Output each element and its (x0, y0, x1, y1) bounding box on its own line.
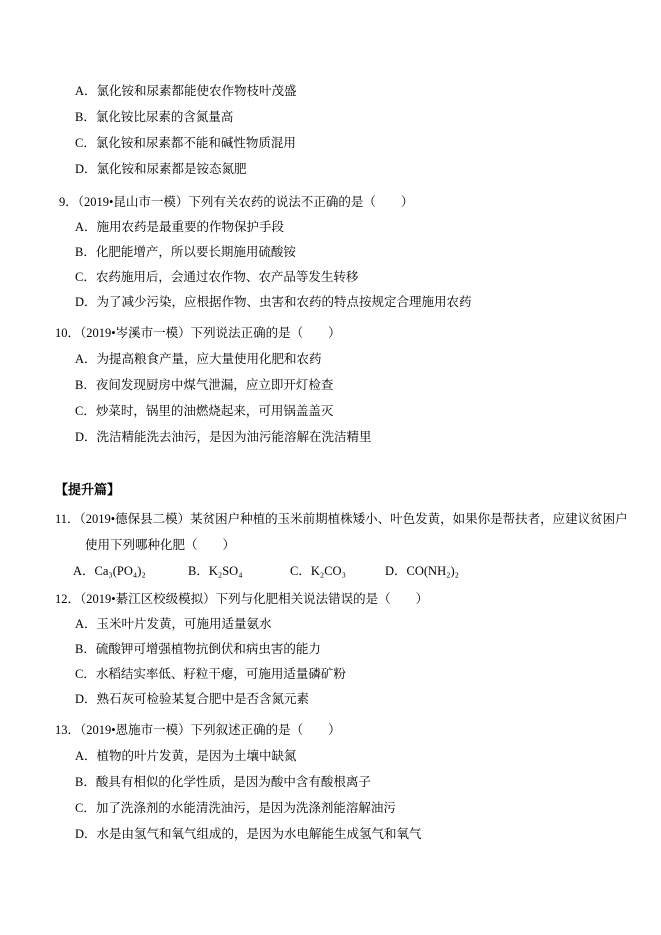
option-8b: B．氯化铵比尿素的含氮量高 (0, 104, 661, 130)
option-9a: A．施用农药是最重要的作物保护手段 (0, 215, 661, 240)
question-13-number: 13． (55, 723, 80, 737)
option-12d: D．熟石灰可检验某复合肥中是否含氮元素 (0, 687, 661, 712)
section-header: 【提升篇】 (0, 477, 661, 503)
question-12: 12．（2019•綦江区校级模拟）下列与化肥相关说法错误的是（ ） A．玉米叶片… (0, 587, 661, 712)
question-8-options: A．氯化铵和尿素都能使农作物枝叶茂盛 B．氯化铵比尿素的含氮量高 C．氯化铵和尿… (0, 78, 661, 182)
question-11-number: 11． (55, 512, 80, 526)
question-10-number: 10． (55, 326, 80, 340)
question-9: 9．（2019•昆山市一模）下列有关农药的说法不正确的是（ ） A．施用农药是最… (0, 190, 661, 315)
option-13b: B．酸具有相似的化学性质，是因为酸中含有酸根离子 (0, 769, 661, 795)
document-page: A．氯化铵和尿素都能使农作物枝叶茂盛 B．氯化铵比尿素的含氮量高 C．氯化铵和尿… (0, 0, 661, 935)
option-11b: B．K₂SO₄ (188, 558, 290, 584)
option-12b: B．硫酸钾可增强植物抗倒伏和病虫害的能力 (0, 637, 661, 662)
option-13c: C．加了洗涤剂的水能清洗油污，是因为洗涤剂能溶解油污 (0, 795, 661, 821)
question-9-stem: 9．（2019•昆山市一模）下列有关农药的说法不正确的是（ ） (0, 190, 661, 215)
question-10-text: （2019•岑溪市一模）下列说法正确的是（ ） (80, 326, 341, 340)
option-13a: A．植物的叶片发黄，是因为土壤中缺氮 (0, 743, 661, 769)
option-8a: A．氯化铵和尿素都能使农作物枝叶茂盛 (0, 78, 661, 104)
option-10a: A．为提高粮食产量，应大量使用化肥和农药 (0, 346, 661, 372)
option-8c: C．氯化铵和尿素都不能和碱性物质混用 (0, 130, 661, 156)
question-13: 13．（2019•恩施市一模）下列叙述正确的是（ ） A．植物的叶片发黄，是因为… (0, 717, 661, 847)
section-header-block: 【提升篇】 (0, 477, 661, 503)
option-10b: B．夜间发现厨房中煤气泄漏，应立即开灯检查 (0, 372, 661, 398)
option-11d: D．CO(NH₂)₂ (385, 558, 459, 584)
question-10: 10．（2019•岑溪市一模）下列说法正确的是（ ） A．为提高粮食产量，应大量… (0, 320, 661, 450)
question-11-stem-line1: 11．（2019•德保县二模）某贫困户种植的玉米前期植株矮小、叶色发黄，如果你是… (0, 506, 661, 532)
question-11: 11．（2019•德保县二模）某贫困户种植的玉米前期植株矮小、叶色发黄，如果你是… (0, 506, 661, 584)
question-11-text-line1: （2019•德保县二模）某贫困户种植的玉米前期植株矮小、叶色发黄，如果你是帮扶者… (80, 512, 628, 526)
option-13d: D．水是由氢气和氧气组成的，是因为水电解能生成氢气和氧气 (0, 821, 661, 847)
question-9-text: （2019•昆山市一模）下列有关农药的说法不正确的是（ ） (78, 195, 414, 209)
option-11a: A．Ca₃(PO₄)₂ (73, 558, 188, 584)
question-13-stem: 13．（2019•恩施市一模）下列叙述正确的是（ ） (0, 717, 661, 743)
option-9b: B．化肥能增产，所以要长期施用硫酸铵 (0, 240, 661, 265)
option-11c: C．K₂CO₃ (290, 558, 385, 584)
option-9d: D．为了减少污染，应根据作物、虫害和农药的特点按规定合理施用农药 (0, 290, 661, 315)
option-8d: D．氯化铵和尿素都是铵态氮肥 (0, 156, 661, 182)
question-11-options: A．Ca₃(PO₄)₂B．K₂SO₄C．K₂CO₃D．CO(NH₂)₂ (0, 558, 661, 584)
question-12-text: （2019•綦江区校级模拟）下列与化肥相关说法错误的是（ ） (80, 592, 428, 606)
question-12-stem: 12．（2019•綦江区校级模拟）下列与化肥相关说法错误的是（ ） (0, 587, 661, 612)
option-9c: C．农药施用后，会通过农作物、农产品等发生转移 (0, 265, 661, 290)
option-10c: C．炒菜时，锅里的油燃烧起来，可用锅盖盖灭 (0, 398, 661, 424)
question-9-number: 9． (59, 195, 78, 209)
question-11-stem-line2: 使用下列哪种化肥（ ） (0, 532, 661, 558)
question-12-number: 12． (55, 592, 80, 606)
option-12c: C．水稻结实率低、籽粒干瘪，可施用适量磷矿粉 (0, 662, 661, 687)
question-10-stem: 10．（2019•岑溪市一模）下列说法正确的是（ ） (0, 320, 661, 346)
option-10d: D．洗洁精能洗去油污，是因为油污能溶解在洗洁精里 (0, 424, 661, 450)
question-13-text: （2019•恩施市一模）下列叙述正确的是（ ） (80, 723, 341, 737)
option-12a: A．玉米叶片发黄，可施用适量氨水 (0, 612, 661, 637)
